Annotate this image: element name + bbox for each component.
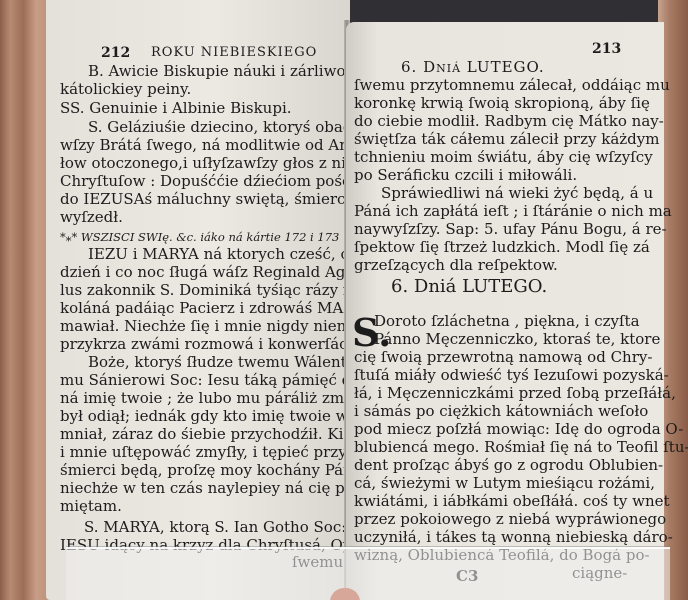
text-line: cá, świeżymi w Lutym mieśiącu rożámi, bbox=[354, 474, 655, 492]
text-line: koronkę krwią ſwoią skropioną, áby ſię bbox=[354, 94, 650, 112]
text-line: wſzy Brátá ſwego, ná modlitwie od Anio bbox=[60, 136, 363, 154]
text-line: naywyſzſzy. Sap: 5. ufay Pánu Bogu, á re… bbox=[354, 220, 667, 238]
page-number: 213 bbox=[592, 40, 621, 58]
text-line: SS. Genuinie i Albinie Biskupi. bbox=[60, 99, 292, 117]
section-heading: 6. Dniá LUTEGO. bbox=[391, 278, 547, 296]
text-line: S. Geláziuśie dziecino, ktoryś obaczy bbox=[88, 118, 368, 136]
text-line: świętſza ták cáłemu zálecił przy káżdym bbox=[354, 130, 659, 148]
text-line: *⁎* WSZISCI SWIę. &c. iáko ná kártie 172… bbox=[60, 228, 339, 246]
left-page: 212 ROKU NIEBIESKIEGO B. Awicie Biskupie… bbox=[46, 0, 350, 600]
text-line: tchnieniu moim świátu, áby cię wſzyſcy bbox=[354, 148, 653, 166]
text-line: pod miecz poſzłá mowiąc: Idę do ogroda O… bbox=[354, 420, 683, 438]
text-line: był odiął; iednák gdy kto imię twoie wſp… bbox=[60, 407, 373, 425]
text-line: Pánno Męczenniczko, ktoraś te, ktore bbox=[374, 330, 660, 348]
text-line: uczyniłá, i tákes tą wonną niebieską dár… bbox=[354, 528, 673, 546]
page-number: 212 bbox=[101, 44, 130, 62]
text-line: mniał, záraz do śiebie przychodźił. Kied… bbox=[60, 425, 370, 443]
text-line: grzeſzących dla reſpektow. bbox=[354, 256, 558, 274]
running-head: ROKU NIEBIESKIEGO bbox=[151, 44, 317, 62]
text-line: S. MARYA, ktorą S. Ian Gotho Soc: bbox=[84, 518, 346, 536]
text-line: wyſzedł. bbox=[60, 208, 123, 226]
text-line: niechże w ten czás naylepiey ná cię pá- bbox=[60, 479, 359, 497]
text-line: Doroto ſzláchetna , piękna, i czyſta bbox=[374, 312, 640, 330]
text-line: Boże, ktoryś ſłudze twemu Wálente- bbox=[88, 353, 361, 371]
text-line: B. Awicie Biskupie náuki i zárliwoś bbox=[88, 62, 353, 80]
text-line: dzień i co noc ſługá wáſz Reginald Agel bbox=[60, 263, 359, 281]
text-line: przez pokoiowego z niebá wypráwionego bbox=[354, 510, 666, 528]
text-line: po Seráficku czcili i miłowáli. bbox=[354, 166, 577, 184]
text-line: mawiał. Niechże ſię i mnie nigdy niená- bbox=[60, 317, 360, 335]
text-line: cię ſwoią przewrotną namową od Chry- bbox=[354, 348, 652, 366]
text-line: ná imię twoie ; że lubo mu páráliż zmyſł… bbox=[60, 389, 371, 407]
text-line: do ciebie modlił. Radbym cię Mátko nay- bbox=[354, 112, 664, 130]
text-line: mu Sánierowi Soc: Iesu táką pámięć dał bbox=[60, 371, 365, 389]
text-line: przykrza zwámi rozmowá i konwerſácya. bbox=[60, 335, 370, 353]
text-line: łá, i Męczenniczkámi przed ſobą przeſłáł… bbox=[354, 384, 676, 402]
text-line: kátolickiey peiny. bbox=[60, 80, 191, 98]
text-line: kwiátámi, i iábłkámi obeſłáłá. coś ty wn… bbox=[354, 492, 670, 510]
text-line: Páná ich zapłátá ieſt ; i ſtáránie o nic… bbox=[354, 202, 672, 220]
right-page: 213 6. Dniá LUTEGO. ſwemu przytomnemu zá… bbox=[346, 22, 664, 600]
acrylic-page-holder bbox=[66, 547, 670, 600]
text-line: koláná padáiąc Pacierz i zdrowáś MARYA bbox=[60, 299, 374, 317]
text-line: śmierci będą, proſzę moy kochány Pánie, bbox=[60, 461, 371, 479]
text-line: ſtuſá miáły odwieść tyś Iezuſowi pozyská… bbox=[354, 366, 669, 384]
text-line: ſwemu przytomnemu zálecał, oddáiąc mu bbox=[354, 76, 670, 94]
text-line: IEZU i MARYA ná ktorych cześć, co bbox=[88, 245, 358, 263]
text-line: blubiencá mego. Rośmiał ſię ná to Teofil… bbox=[354, 438, 688, 456]
text-line: miętam. bbox=[60, 497, 122, 515]
text-line: łow otoczonego,i uſłyſzawſzy głos z nieb… bbox=[60, 154, 373, 172]
text-line: ſpektow ſię ſtrzeż ludzkich. Modl ſię zá bbox=[354, 238, 650, 256]
text-line: i sámás po ciężkich kátowniách weſoło bbox=[354, 402, 648, 420]
text-line: lus zakonnik S. Dominiká tyśiąc rázy ná bbox=[60, 281, 361, 299]
text-line: i mnie uſtępowáć zmyſły, i tępieć przy bbox=[60, 443, 347, 461]
text-line: Spráwiedliwi ná wieki żyć będą, á u bbox=[381, 184, 653, 202]
running-head: 6. Dniá LUTEGO. bbox=[401, 58, 545, 76]
text-line: do IEZUSAś máluchny swiętą, śmiercią bbox=[60, 190, 359, 208]
text-line: dent proſząc ábyś go z ogrodu Oblubien- bbox=[354, 456, 663, 474]
book-fore-edge-left bbox=[0, 0, 52, 600]
